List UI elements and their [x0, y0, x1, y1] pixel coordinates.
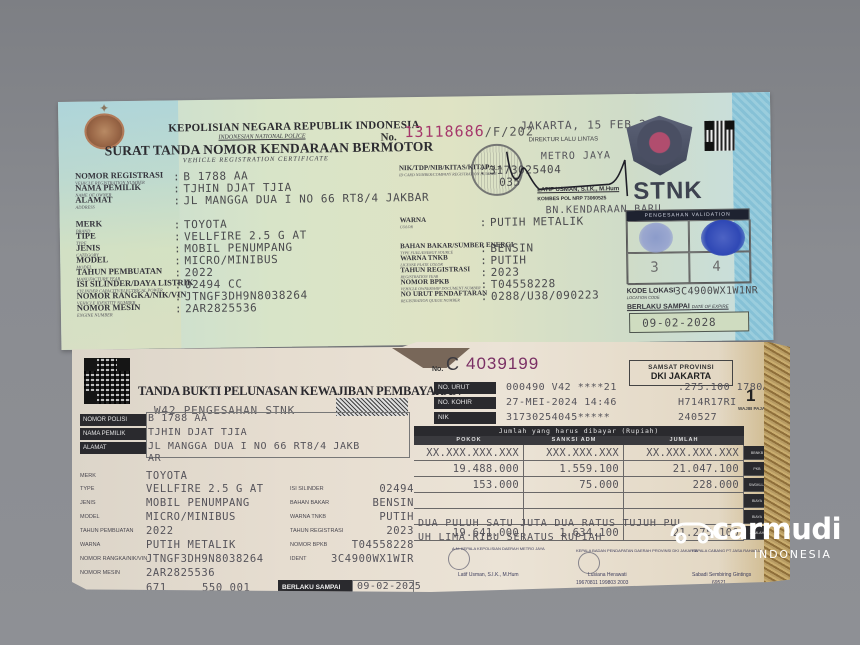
watermark-sub: INDONESIA [754, 548, 832, 561]
vehicle-value: 3C4900WX1WIR [331, 553, 414, 565]
field-label-text: NAMA PEMILIK [75, 182, 141, 193]
stnk-field-value: PUTIH METALIK [480, 215, 584, 229]
stnk-field-label: NOMOR MESINENGINE NUMBER [77, 303, 141, 318]
payment-row-label: BIAYA ADM.STNK [744, 494, 770, 508]
stnk-logo: STNK [633, 177, 703, 206]
vehicle-label: MODEL [80, 514, 100, 520]
official-name: LATIF USMAN, S.I.K., M.Hum [537, 186, 619, 193]
expiry-box: 09-02-2028 [629, 311, 749, 333]
expiry-date: 09-02-2028 [642, 316, 716, 330]
field-label-text: MODEL [76, 254, 108, 264]
payment-cell: 228.000 [624, 477, 744, 493]
stnk-field-label: ALAMATADDRESS [75, 195, 112, 210]
stnk-authority-en: INDONESIAN NATIONAL POLICE [218, 134, 305, 141]
stnk-number: 13118686/F/202 [404, 121, 534, 141]
field-label-text: WARNA [400, 216, 427, 224]
vehicle-label: ISI SILINDER [290, 486, 324, 492]
amount-in-words-line2: UH LIMA RIBU SERATUS RUPIAH [418, 532, 602, 543]
payment-caption: Jumlah yang harus dibayar (Rupiah) [414, 426, 744, 436]
vehicle-value: 2023 [386, 525, 414, 537]
amount-in-words-line1: DUA PULUH SATU JUTA DUA RATUS TUJUH PUL [418, 518, 684, 529]
signatory-1-title: A.N. KEPALA KEPOLISIAN DAERAH METRO JAYA [452, 546, 545, 551]
vehicle-value: 02494 [379, 483, 414, 495]
signatory-2-name: Lusiana Herawati [588, 572, 627, 578]
validation-number: 3 [650, 260, 659, 276]
field-label-text: TAHUN PEMBUATAN [76, 266, 162, 277]
signatory-3-id: 69521 [712, 580, 726, 586]
payment-cell: XX.XXX.XXX.XXX [414, 445, 524, 461]
police-stamp-icon [448, 548, 470, 570]
owner-value: B 1788 AA [148, 413, 208, 424]
info-label: NO. URUT [434, 382, 496, 394]
expiry-label-en: DATE OF EXPIRE [692, 304, 729, 310]
payment-column-header: SANKSI ADM [524, 436, 624, 445]
vehicle-value: BENSIN [372, 497, 414, 509]
receipt-number-series: C [446, 354, 459, 375]
tax-payment-receipt: TANDA BUKTI PELUNASAN KEWAJIBAN PEMBAYAR… [72, 342, 790, 592]
field-label-en: ENGINE NUMBER [77, 312, 141, 317]
field-label-en: ADDRESS [75, 205, 112, 210]
stnk-vehicle-registration-card: KEPOLISIAN NEGARA REPUBLIK INDONESIA IND… [58, 92, 773, 350]
vehicle-value: TOYOTA [146, 470, 188, 482]
validation-number: 4 [712, 259, 721, 275]
valid-until-label: BERLAKU SAMPAI [278, 580, 352, 595]
payment-cell: 75.000 [524, 477, 624, 493]
qr-code-icon [84, 358, 130, 404]
vehicle-label: IDENT [290, 556, 307, 562]
vehicle-value: MOBIL PENUMPANG [146, 497, 250, 509]
payment-cell [524, 493, 624, 509]
stnk-number-label: No. [380, 131, 396, 143]
samsat-line1: SAMSAT PROVINSI [630, 364, 732, 371]
stnk-field-value: 2AR2825536 [175, 301, 258, 315]
qr-code-icon [704, 121, 734, 151]
payment-cell: XX.XXX.XXX.XXX [624, 445, 744, 461]
field-label-en: COLOR [400, 225, 427, 229]
payment-row-label: PKB [744, 462, 770, 476]
payment-row-label: BBNKB [744, 446, 770, 460]
owner-value: TJHIN DJAT TJIA [148, 427, 247, 438]
revenue-office-stamp-icon [578, 552, 600, 574]
watermark-brand: carmudi [712, 512, 841, 546]
vehicle-label: MERK [80, 473, 96, 479]
stnk-fields-right: NIK/TDP/NIB/KITAS/KITAPID CARD NUMBER/CO… [58, 92, 770, 102]
vehicle-label: WARNA TNKB [290, 514, 326, 520]
location-code-label-en: LOCATION CODE [627, 294, 676, 300]
vehicle-label: NOMOR RANGKA/NIK/VIN [80, 556, 147, 562]
samsat-line2: DKI JAKARTA [630, 371, 732, 381]
vehicle-value: 2AR2825536 [146, 567, 215, 579]
field-label-text: TIPE [76, 230, 96, 240]
payment-cell: 1.559.100 [524, 461, 624, 477]
owner-value-cont: AR [148, 453, 161, 464]
signatory-3-name: Sabadi Sembiring Gintings [692, 572, 751, 578]
info-value: 000490 V42 ****21 [506, 382, 617, 393]
signatory-2-title: KEPALA BADAN PENDAPATAN DAERAH PROVINSI … [576, 548, 698, 553]
vehicle-label: TAHUN PEMBUATAN [80, 528, 133, 534]
receipt-number-label: No. [432, 366, 443, 373]
vehicle-label: BAHAN BAKAR [290, 500, 329, 506]
location-code-label: KODE LOKASILOCATION CODE [627, 287, 676, 300]
field-label-text: JENIS [76, 242, 100, 252]
payment-column-header: JUMLAH [624, 436, 744, 445]
owner-value: JL MANGGA DUA I NO 66 RT8/4 JAKB [148, 441, 360, 452]
validation-cell-3: 3 [627, 252, 689, 285]
payment-cell [414, 493, 524, 509]
info-value-secondary: .275.100 1780AA [678, 382, 776, 393]
vehicle-label: JENIS [80, 500, 96, 506]
vehicle-label: WARNA [80, 542, 100, 548]
info-label: NIK [434, 412, 496, 424]
field-label-text: ALAMAT [75, 194, 112, 205]
car-logo-icon [668, 518, 716, 544]
field-label-text: NOMOR REGISTRASI [75, 170, 163, 181]
stnk-serial: 13118686 [404, 122, 484, 141]
owner-label: NAMA PEMILIK [80, 428, 146, 440]
vehicle-label: TYPE [80, 486, 94, 492]
info-value: 31730254045***** [506, 412, 610, 423]
vehicle-value: MICRO/MINIBUS [146, 511, 236, 523]
owner-label: NOMOR POLISI [80, 414, 146, 426]
info-label: NO. KOHIR [434, 397, 496, 409]
vehicle-label: NOMOR MESIN [80, 570, 120, 576]
receipt-number: 4039199 [466, 354, 539, 374]
payment-row-label: SWDKLLJ [744, 478, 770, 492]
stnk-field-label: WARNACOLOR [400, 217, 427, 229]
stnk-fields-left: NOMOR REGISTRASIVEHICLE REGISTRATION NUM… [58, 92, 770, 102]
location-code: 3C4900WX1W1NR [675, 285, 759, 297]
signatory-2-id: 19670811 199803 2003 [576, 580, 628, 586]
vehicle-label: TAHUN REGISTRASI [290, 528, 343, 534]
stnk-document-title-en: VEHICLE REGISTRATION CERTIFICATE [183, 155, 329, 164]
validation-box: PENGESAHAN VALIDATION 3 4 [626, 208, 751, 284]
vehicle-value: T04558228 [352, 539, 414, 551]
payment-cell: 19.488.000 [414, 461, 524, 477]
expiry-label-text: BERLAKU SAMPAI [627, 303, 690, 311]
footer-code-2: 550 001 [202, 582, 250, 594]
payment-column-header: POKOK [414, 436, 524, 445]
vehicle-value: JTNGF3DH9N8038264 [146, 553, 264, 565]
info-value: 27-MEI-2024 14:46 [506, 397, 617, 408]
field-label-text: MERK [76, 218, 103, 228]
official-nrp: KOMBES POL NRP 73060525 [537, 195, 606, 202]
valid-until-date: 09-02-2025 [357, 581, 421, 592]
stnk-field-value: 0288/U38/090223 [481, 288, 600, 303]
signatory-1-name: Latif Usman, S.I.K., M.Hum [458, 572, 519, 578]
taxpayer-label: WAJIB PAJAK [738, 406, 768, 411]
validation-cell-4: 4 [689, 251, 751, 284]
vehicle-value: PUTIH METALIK [146, 539, 236, 551]
payment-cell: XXX.XXX.XXX [524, 445, 624, 461]
vehicle-value: VELLFIRE 2.5 G AT [146, 483, 264, 495]
vehicle-label: NOMOR BPKB [290, 542, 327, 548]
field-label-text: NOMOR MESIN [77, 302, 141, 313]
info-value-secondary: 240527 [678, 412, 717, 423]
payment-cell [624, 493, 744, 509]
payment-cell: 21.047.100 [624, 461, 744, 477]
info-value-secondary: H714R17RI [678, 397, 737, 408]
footer-code-1: 671 [146, 582, 167, 594]
stnk-field-value: JL MANGGA DUA I NO 66 RT8/4 JAKBAR [173, 191, 429, 208]
receipt-title: TANDA BUKTI PELUNASAN KEWAJIBAN PEMBAYAR… [138, 384, 461, 399]
payment-cell: 153.000 [414, 477, 524, 493]
stnk-field-label: NO URUT PENDAFTARANREGISTRATION QUEUE NU… [401, 290, 488, 303]
vehicle-value: 2022 [146, 525, 174, 537]
expiry-label: BERLAKU SAMPAI DATE OF EXPIRE [627, 303, 729, 311]
field-label-en: REGISTRATION QUEUE NUMBER [401, 298, 488, 303]
vehicle-value: PUTIH [379, 511, 414, 523]
owner-label: ALAMAT [80, 442, 146, 454]
